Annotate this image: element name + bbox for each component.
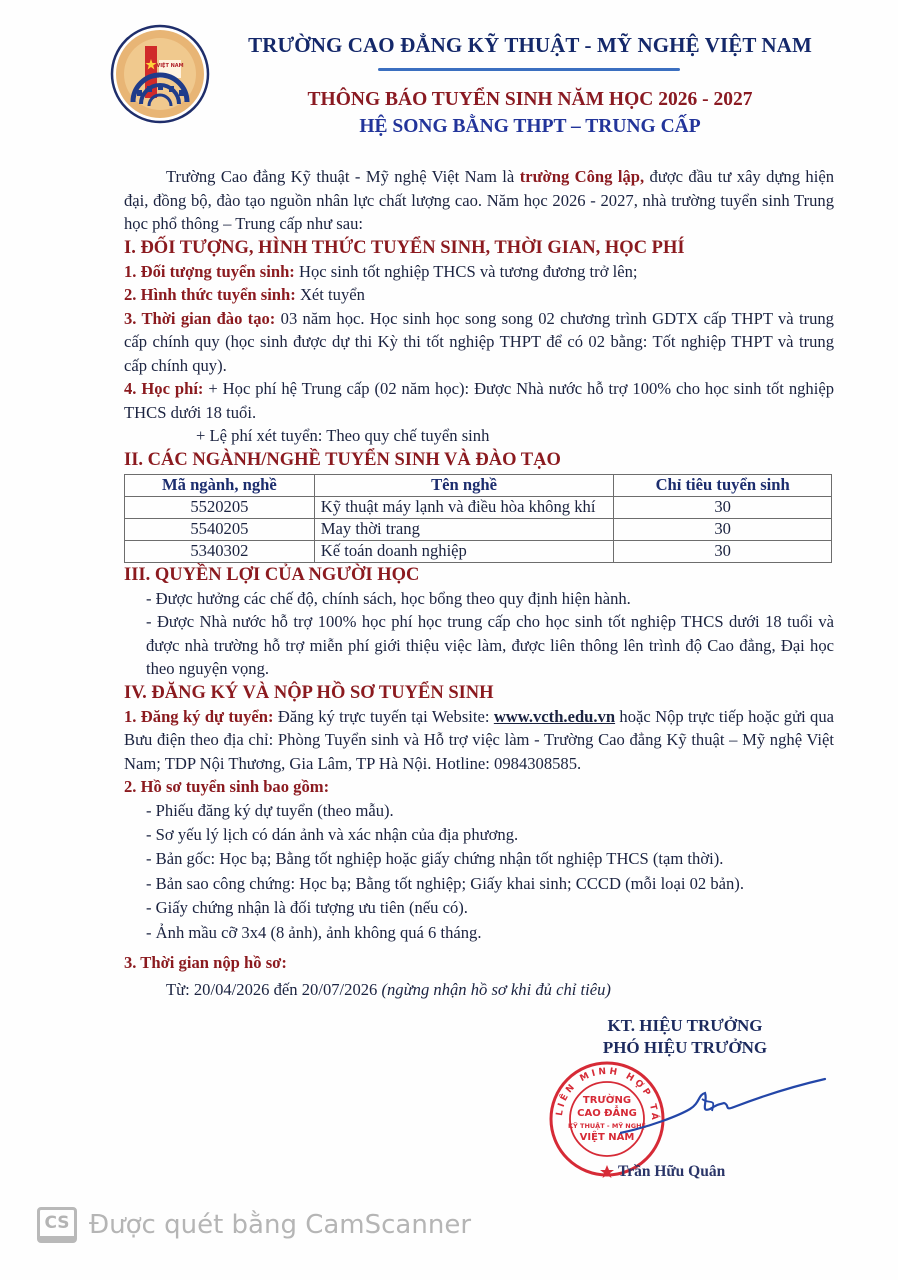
major-quota: 30 [614, 518, 832, 540]
list-item: - Sơ yếu lý lịch có dán ảnh và xác nhận … [146, 823, 834, 847]
svg-text:VIỆT NAM: VIỆT NAM [156, 61, 183, 69]
section-1-item: 1. Đối tượng tuyển sinh: Học sinh tốt ng… [124, 260, 834, 284]
table-row: 5540205 May thời trang 30 [125, 518, 832, 540]
register-text: Đăng ký trực tuyến tại Website: [274, 707, 494, 726]
signature-block: KT. HIỆU TRƯỞNG PHÓ HIỆU TRƯỞNG [560, 1015, 810, 1059]
section-3-heading: III. QUYỀN LỢI CỦA NGƯỜI HỌC [124, 563, 834, 587]
signer-name: Trần Hữu Quân [618, 1163, 725, 1181]
list-item: - Giấy chứng nhận là đối tượng ưu tiên (… [146, 896, 834, 920]
major-code: 5520205 [125, 496, 315, 518]
section-1-item: 4. Học phí: + Học phí hệ Trung cấp (02 n… [124, 377, 834, 424]
section-1-heading: I. ĐỐI TƯỢNG, HÌNH THỨC TUYỂN SINH, THỜI… [124, 236, 834, 260]
section-4-heading: IV. ĐĂNG KÝ VÀ NỘP HỒ SƠ TUYỂN SINH [124, 681, 834, 705]
register-paragraph: 1. Đăng ký dự tuyển: Đăng ký trực tuyến … [124, 705, 834, 776]
benefit-item: - Được hưởng các chế độ, chính sách, học… [124, 587, 834, 611]
intro-paragraph: Trường Cao đẳng Kỹ thuật - Mỹ nghệ Việt … [124, 165, 834, 236]
list-item: - Phiếu đăng ký dự tuyển (theo mẫu). [146, 799, 834, 823]
major-quota: 30 [614, 496, 832, 518]
section-2-heading: II. CÁC NGÀNH/NGHỀ TUYỂN SINH VÀ ĐÀO TẠO [124, 448, 834, 472]
camscanner-watermark: CS Được quét bằng CamScanner [37, 1207, 471, 1243]
list-item: - Bản gốc: Học bạ; Bằng tốt nghiệp hoặc … [146, 847, 834, 871]
camscanner-text: Được quét bằng CamScanner [89, 1210, 471, 1240]
item-text: + Học phí hệ Trung cấp (02 năm học): Đượ… [124, 379, 834, 422]
item-label: 3. Thời gian đào tạo: [124, 309, 275, 328]
column-header-quota: Chỉ tiêu tuyển sinh [614, 474, 832, 496]
deadline-dates: Từ: 20/04/2026 đến 20/07/2026 (ngừng nhậ… [124, 978, 834, 1002]
list-item: - Ảnh mầu cỡ 3x4 (8 ảnh), ảnh không quá … [146, 921, 834, 945]
notice-title: THÔNG BÁO TUYỂN SINH NĂM HỌC 2026 - 2027 [215, 89, 845, 111]
item-label: 4. Học phí: [124, 379, 203, 398]
handwritten-signature [620, 1075, 830, 1145]
signature-title-1: KT. HIỆU TRƯỞNG [560, 1015, 810, 1037]
major-name: Kế toán doanh nghiệp [314, 540, 614, 562]
table-header-row: Mã ngành, nghề Tên nghề Chỉ tiêu tuyển s… [125, 474, 832, 496]
section-1-item: 3. Thời gian đào tạo: 03 năm học. Học si… [124, 307, 834, 378]
school-name: TRƯỜNG CAO ĐẲNG KỸ THUẬT - MỸ NGHỆ VIỆT … [215, 33, 845, 58]
intro-text: Trường Cao đẳng Kỹ thuật - Mỹ nghệ Việt … [166, 167, 520, 186]
column-header-name: Tên nghề [314, 474, 614, 496]
document-body: Trường Cao đẳng Kỹ thuật - Mỹ nghệ Việt … [124, 165, 834, 1002]
table-row: 5340302 Kế toán doanh nghiệp 30 [125, 540, 832, 562]
document-page: VIỆT NAM TRƯỜNG CAO ĐẲNG KỸ THUẬT - MỸ N… [0, 0, 898, 1280]
major-code: 5540205 [125, 518, 315, 540]
documents-list: - Phiếu đăng ký dự tuyển (theo mẫu). - S… [124, 799, 834, 945]
header-divider [378, 68, 680, 71]
fee-note: + Lệ phí xét tuyển: Theo quy chế tuyển s… [124, 424, 834, 448]
camscanner-logo-icon: CS [37, 1207, 77, 1243]
item-text: Xét tuyển [296, 285, 365, 304]
documents-label: 2. Hồ sơ tuyển sinh bao gồm: [124, 775, 834, 799]
deadline-label: 3. Thời gian nộp hồ sơ: [124, 951, 834, 975]
deadline-note: (ngừng nhận hồ sơ khi đủ chỉ tiêu) [381, 980, 610, 999]
item-text: Học sinh tốt nghiệp THCS và tương đương … [295, 262, 638, 281]
major-name: Kỹ thuật máy lạnh và điều hòa không khí [314, 496, 614, 518]
item-label: 1. Đối tượng tuyển sinh: [124, 262, 295, 281]
section-1-item: 2. Hình thức tuyển sinh: Xét tuyển [124, 283, 834, 307]
deadline-range: Từ: 20/04/2026 đến 20/07/2026 [166, 980, 381, 999]
list-item: - Bản sao công chứng: Học bạ; Bằng tốt n… [146, 872, 834, 896]
intro-highlight: trường Công lập, [520, 167, 644, 186]
majors-table: Mã ngành, nghề Tên nghề Chỉ tiêu tuyển s… [124, 474, 832, 563]
item-label: 1. Đăng ký dự tuyển: [124, 707, 274, 726]
column-header-code: Mã ngành, nghề [125, 474, 315, 496]
website-link[interactable]: www.vcth.edu.vn [494, 707, 615, 726]
benefit-item: - Được Nhà nước hỗ trợ 100% học phí học … [124, 610, 834, 681]
major-quota: 30 [614, 540, 832, 562]
item-label: 2. Hình thức tuyển sinh: [124, 285, 296, 304]
school-emblem-icon: VIỆT NAM [109, 24, 211, 124]
major-name: May thời trang [314, 518, 614, 540]
table-row: 5520205 Kỹ thuật máy lạnh và điều hòa kh… [125, 496, 832, 518]
notice-subtitle: HỆ SONG BẰNG THPT – TRUNG CẤP [215, 116, 845, 138]
major-code: 5340302 [125, 540, 315, 562]
